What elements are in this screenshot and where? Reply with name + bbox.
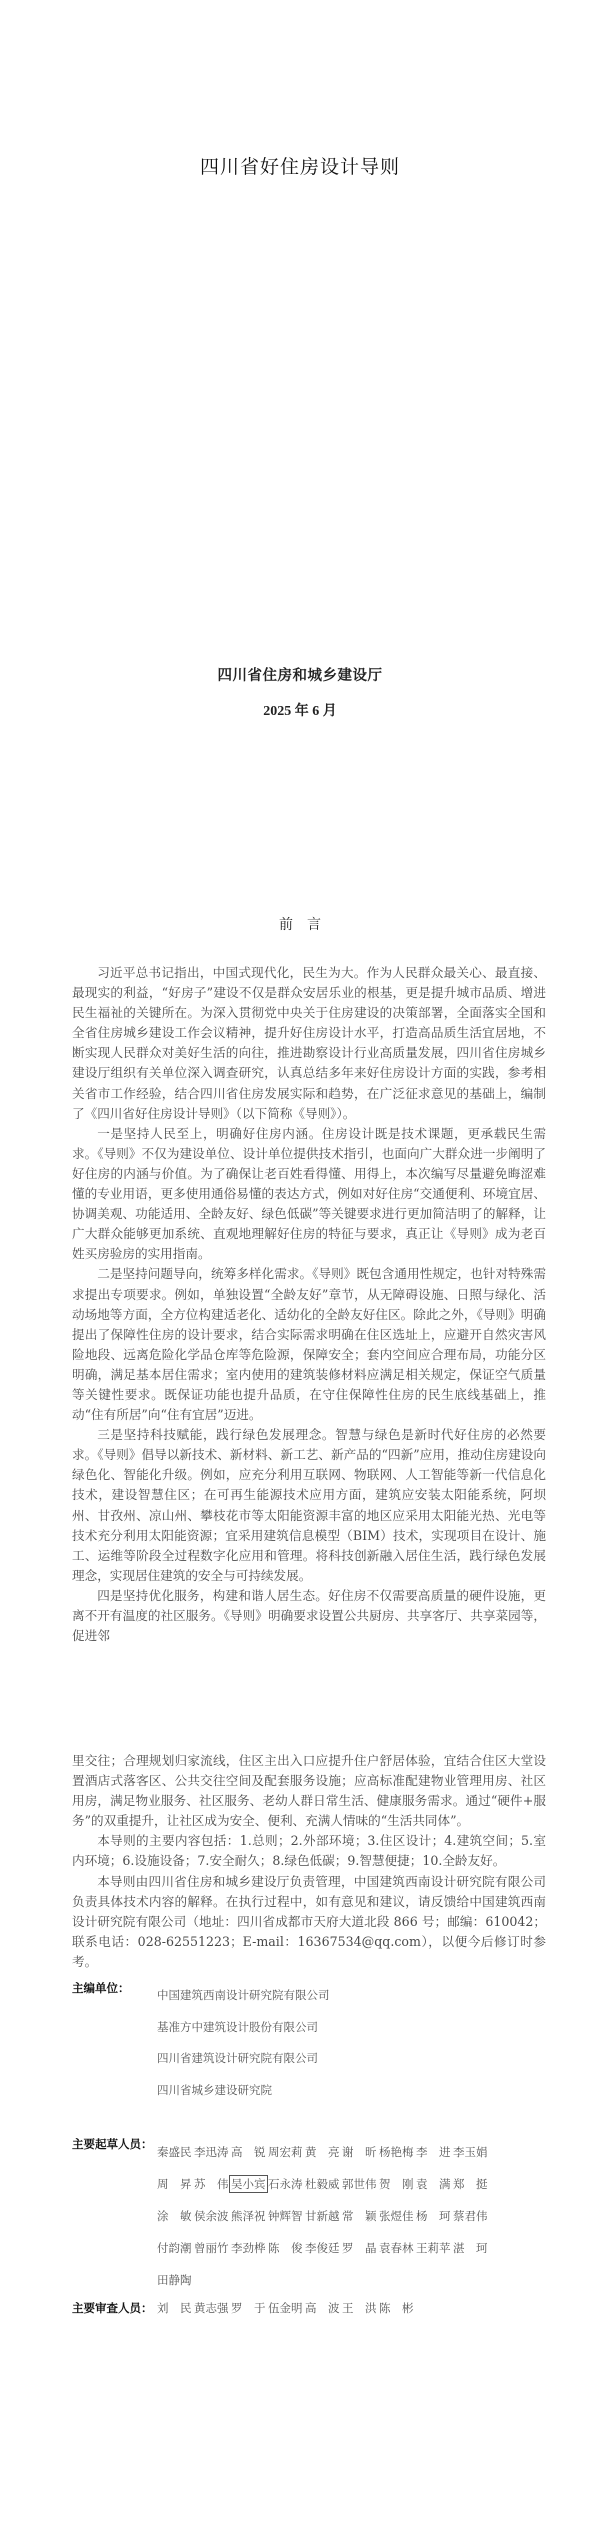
preface-body-page1: 习近平总书记指出，中国式现代化，民生为大。作为人民群众最关心、最直接、最现实的利… xyxy=(72,963,546,1646)
drafter-name: 郑 挺 xyxy=(453,2168,490,2200)
reviewer-name: 罗 于 xyxy=(231,2300,268,2316)
drafter-name: 李迅涛 xyxy=(194,2136,231,2168)
drafter-name: 田静陶 xyxy=(157,2264,194,2296)
drafter-name: 石永涛 xyxy=(268,2168,305,2200)
drafter-name: 袁 满 xyxy=(416,2168,453,2200)
drafters-row: 付韵潮曾丽竹李劲桦陈 俊李俊廷罗 晶袁春林王莉苹湛 珂 xyxy=(157,2232,527,2264)
drafter-name: 陈 俊 xyxy=(268,2232,305,2264)
chief-editor-unit: 四川省建筑设计研究院有限公司 xyxy=(157,2043,330,2075)
drafter-name: 涂 敏 xyxy=(157,2200,194,2232)
drafters-row: 秦盛民李迅涛高 锐周宏莉黄 亮谢 昕杨艳梅李 进李玉娟 xyxy=(157,2136,527,2168)
drafter-name: 郭世伟 xyxy=(342,2168,379,2200)
drafter-name: 苏 伟 xyxy=(194,2168,231,2200)
reviewer-name: 刘 民 xyxy=(157,2300,194,2316)
chief-editor-unit: 四川省城乡建设研究院 xyxy=(157,2075,330,2107)
preface-body-page2: 里交往；合理规划归家流线，住区主出入口应提升住户舒居体验，宜结合住区大堂设置酒店… xyxy=(72,1751,546,1972)
preface-paragraph-technology: 三是坚持科技赋能，践行绿色发展理念。智慧与绿色是新时代好住房的必然要求。《导则》… xyxy=(72,1425,546,1586)
drafter-name: 常 颖 xyxy=(342,2200,379,2232)
preface-paragraph-contents: 本导则的主要内容包括：1.总则；2.外部环境；3.住区设计；4.建筑空间；5.室… xyxy=(72,1831,546,1871)
document-title: 四川省好住房设计导则 xyxy=(0,152,600,179)
chief-editor-unit: 中国建筑西南设计研究院有限公司 xyxy=(157,1980,330,2012)
drafter-name: 钟辉智 xyxy=(268,2200,305,2232)
chief-editor-unit: 基准方中建筑设计股份有限公司 xyxy=(157,2012,330,2044)
preface-paragraph-problem-oriented: 二是坚持问题导向，统筹多样化需求。《导则》既包含通用性规定，也针对特殊需求提出专… xyxy=(72,1264,546,1425)
reviewer-name: 黄志强 xyxy=(194,2300,231,2316)
preface-paragraph-intro: 习近平总书记指出，中国式现代化，民生为大。作为人民群众最关心、最直接、最现实的利… xyxy=(72,963,546,1124)
drafter-name: 杜毅威 xyxy=(305,2168,342,2200)
drafter-name: 李 进 xyxy=(416,2136,453,2168)
drafter-name: 张煜佳 xyxy=(379,2200,416,2232)
drafter-name: 甘新越 xyxy=(305,2200,342,2232)
drafter-name: 侯余波 xyxy=(194,2200,231,2232)
preface-heading: 前 言 xyxy=(0,914,600,934)
drafter-name: 袁春林 xyxy=(379,2232,416,2264)
reviewer-name: 陈 彬 xyxy=(379,2300,416,2316)
reviewer-name: 伍金明 xyxy=(268,2300,305,2316)
reviewer-name: 王 洪 xyxy=(342,2300,379,2316)
drafter-name-highlighted: 吴小宾 xyxy=(231,2168,268,2200)
issuing-authority: 四川省住房和城乡建设厅 xyxy=(0,664,600,685)
drafter-name: 周 昇 xyxy=(157,2168,194,2200)
drafter-name: 贺 刚 xyxy=(379,2168,416,2200)
drafter-name: 杨 珂 xyxy=(416,2200,453,2232)
drafter-name: 李玉娟 xyxy=(453,2136,490,2168)
chief-editor-label: 主编单位： xyxy=(72,1980,130,1996)
drafter-name: 熊泽祝 xyxy=(231,2200,268,2232)
drafters-row: 田静陶 xyxy=(157,2264,527,2296)
drafter-name: 蔡君伟 xyxy=(453,2200,490,2232)
reviewers-list: 刘 民黄志强罗 于伍金明高 波王 洪陈 彬 xyxy=(157,2300,416,2316)
drafter-name: 谢 昕 xyxy=(342,2136,379,2168)
drafter-name: 李俊廷 xyxy=(305,2232,342,2264)
drafters-label: 主要起草人员： xyxy=(72,2136,153,2152)
preface-paragraph-management: 本导则由四川省住房和城乡建设厅负责管理，中国建筑西南设计研究院有限公司负责具体技… xyxy=(72,1872,546,1972)
drafter-name: 周宏莉 xyxy=(268,2136,305,2168)
drafter-name: 高 锐 xyxy=(231,2136,268,2168)
drafter-name: 黄 亮 xyxy=(305,2136,342,2168)
preface-paragraph-service: 四是坚持优化服务，构建和谐人居生态。好住房不仅需要高质量的硬件设施，更离不开有温… xyxy=(72,1586,546,1646)
publish-date: 2025 年 6 月 xyxy=(0,700,600,720)
drafters-list: 秦盛民李迅涛高 锐周宏莉黄 亮谢 昕杨艳梅李 进李玉娟周 昇苏 伟吴小宾石永涛杜… xyxy=(157,2136,527,2296)
drafters-row: 涂 敏侯余波熊泽祝钟辉智甘新越常 颖张煜佳杨 珂蔡君伟 xyxy=(157,2200,527,2232)
preface-paragraph-service-continued: 里交往；合理规划归家流线，住区主出入口应提升住户舒居体验，宜结合住区大堂设置酒店… xyxy=(72,1751,546,1831)
drafter-name: 罗 晶 xyxy=(342,2232,379,2264)
reviewer-name: 高 波 xyxy=(305,2300,342,2316)
drafter-name: 秦盛民 xyxy=(157,2136,194,2168)
preface-paragraph-people-first: 一是坚持人民至上，明确好住房内涵。住房设计既是技术课题，更承载民生需求。《导则》… xyxy=(72,1124,546,1265)
drafter-name: 湛 珂 xyxy=(453,2232,490,2264)
drafters-row: 周 昇苏 伟吴小宾石永涛杜毅威郭世伟贺 刚袁 满郑 挺 xyxy=(157,2168,527,2200)
drafter-name: 杨艳梅 xyxy=(379,2136,416,2168)
drafter-name: 付韵潮 xyxy=(157,2232,194,2264)
drafter-name: 曾丽竹 xyxy=(194,2232,231,2264)
drafter-name: 李劲桦 xyxy=(231,2232,268,2264)
drafter-name: 王莉苹 xyxy=(416,2232,453,2264)
chief-editor-units: 中国建筑西南设计研究院有限公司 基准方中建筑设计股份有限公司 四川省建筑设计研究… xyxy=(157,1980,330,2106)
reviewers-label: 主要审查人员： xyxy=(72,2300,153,2316)
